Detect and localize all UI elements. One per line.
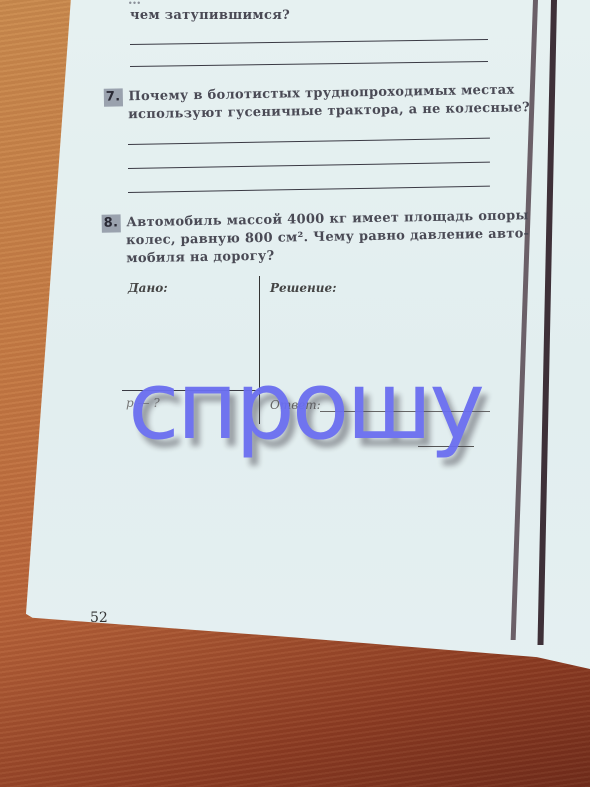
page-number: 52 (90, 610, 108, 626)
question-8: 8.Автомобиль массой 4000 кг имеет площад… (102, 207, 530, 268)
question-6-text: чем затупившимся? (130, 7, 290, 25)
question-8-line2: колес, равную 800 см². Чему равно давлен… (126, 226, 530, 248)
question-8-line3: мобиля на дорогу? (126, 249, 274, 267)
given-label: Дано: (128, 281, 168, 295)
watermark-text: спрошу (128, 352, 482, 461)
solution-label: Решение: (270, 281, 337, 295)
question-number: 8. (102, 214, 121, 232)
question-number: 7. (104, 88, 123, 106)
question-7: 7.Почему в болотистых труднопроходимых м… (104, 81, 530, 124)
